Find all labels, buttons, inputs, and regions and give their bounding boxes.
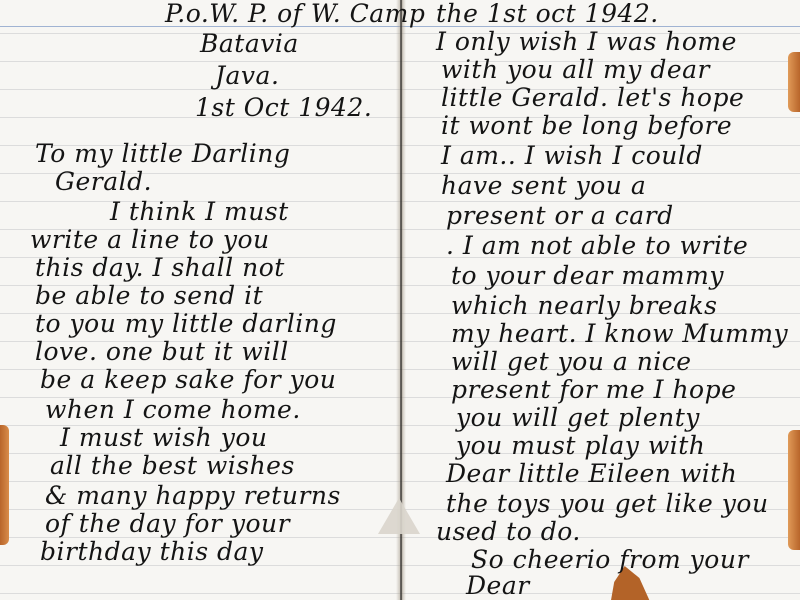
body-line: be able to send it <box>35 282 263 310</box>
closing-line: So cheerio from your <box>471 546 749 574</box>
body-line: this day. I shall not <box>35 254 285 282</box>
address-line-camp: P.o.W. P. of W. Camp <box>165 0 425 28</box>
body-line: when I come home. <box>45 396 301 424</box>
body-line: & many happy returns <box>45 482 341 510</box>
letter-date: 1st Oct 1942. <box>195 94 372 122</box>
body-line: you must play with <box>456 432 705 460</box>
body-line: be a keep sake for you <box>40 366 336 394</box>
body-line: the 1st oct 1942. <box>436 0 659 28</box>
right-edge-stain-top <box>788 52 800 112</box>
body-line: I only wish I was home <box>436 28 737 56</box>
letter-scan: P.o.W. P. of W. Camp Batavia Java. 1st O… <box>0 0 800 600</box>
body-line: Dear little Eileen with <box>446 460 737 488</box>
body-line: which nearly breaks <box>451 292 718 320</box>
body-line: to you my little darling <box>35 310 337 338</box>
right-edge-stain-bottom <box>788 430 800 550</box>
body-line: I must wish you <box>60 424 268 452</box>
body-line: . I am not able to write <box>446 232 748 260</box>
body-line: little Gerald. let's hope <box>441 84 744 112</box>
body-line: birthday this day <box>40 538 264 566</box>
body-line: I am.. I wish I could <box>441 142 703 170</box>
body-line: have sent you a <box>441 172 646 200</box>
address-line-city: Batavia <box>200 30 299 58</box>
body-line: all the best wishes <box>50 452 295 480</box>
body-line: will get you a nice <box>451 348 692 376</box>
body-line: with you all my dear <box>441 56 710 84</box>
body-line: my heart. I know Mummy <box>451 320 788 348</box>
salutation-line-1: To my little Darling <box>35 140 290 168</box>
address-line-country: Java. <box>215 62 279 90</box>
left-edge-stain <box>0 425 9 545</box>
body-line: of the day for your <box>45 510 290 538</box>
body-line: it wont be long before <box>441 112 732 140</box>
signature-line: Dear <box>466 572 530 600</box>
body-line: the toys you get like you <box>446 490 769 518</box>
body-line: present or a card <box>446 202 674 230</box>
body-line: write a line to you <box>30 226 270 254</box>
body-line: you will get plenty <box>456 404 700 432</box>
salutation-line-2: Gerald. <box>55 168 152 196</box>
body-line: I think I must <box>110 198 289 226</box>
body-line: used to do. <box>436 518 581 546</box>
body-line: love. one but it will <box>35 338 289 366</box>
body-line: present for me I hope <box>451 376 736 404</box>
body-line: to your dear mammy <box>451 262 724 290</box>
